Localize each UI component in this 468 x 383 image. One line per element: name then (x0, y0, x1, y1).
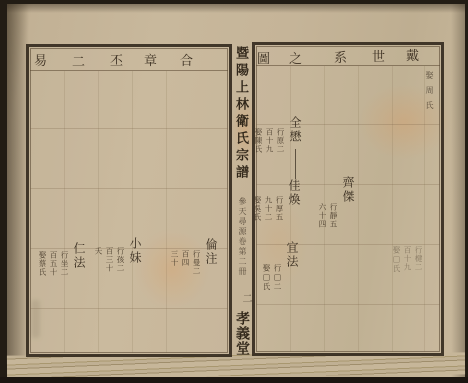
lineage-entry: 小妹 行孩二 百三十 夭 (94, 237, 142, 273)
entry-notes: 行孩二 百三十 夭 (94, 247, 125, 273)
entry-note: 百三十 (105, 247, 114, 273)
grid-col-line (98, 71, 99, 353)
lineage-entry: 仁法 行坐二 百五十 娶蔡氏 (38, 242, 86, 277)
entry-name: 仁法 (71, 242, 86, 270)
entry-name: 全懋 (287, 116, 302, 144)
entry-name: 小妹 (127, 237, 142, 265)
genealogy-scan: 易 二 丕 章 合 圖 之 系 世 戴 暨陽上林衛氏宗譜 參天尋源卷第二冊 二 … (0, 0, 468, 383)
left-header-char: 丕 (110, 50, 123, 69)
entry-note: 夭 (94, 247, 103, 273)
grid-col-line (64, 71, 65, 353)
lineage-entry-faint: 行楗二 百十九 娶□氏 (392, 246, 425, 273)
lineage-connector (295, 149, 296, 179)
entry-note: 行厚五 (275, 196, 284, 222)
entry-note: 六十四 (318, 203, 327, 229)
entry-notes: 行曼二 百四 三十 (170, 250, 201, 276)
entry-note: 娶□氏 (392, 246, 401, 273)
entry-note: 百十九 (403, 246, 412, 273)
entry-note: 行坐二 (60, 251, 69, 277)
right-header-rule (256, 65, 440, 66)
entry-note: 娶吳氏 (253, 196, 262, 222)
entry-notes: 行原二 百十九 娶陳氏 (254, 128, 285, 154)
entry-notes: 行厚五 九十二 娶吳氏 (253, 196, 284, 222)
entry-notes: 行靜五 六十四 (318, 203, 338, 229)
entry-name: 佳煥 (286, 179, 301, 207)
lineage-entry: 佳煥 行厚五 九十二 娶吳氏 (253, 179, 301, 222)
entry-note: 行孩二 (116, 247, 125, 273)
lineage-entry: 齊傑 行靜五 六十四 (318, 176, 355, 229)
entry-note: 行靜五 (329, 203, 338, 229)
entry-note: 娶蔡氏 (38, 251, 47, 277)
entry-note: 九十二 (264, 196, 273, 222)
right-header-char: 世 (372, 46, 385, 65)
spine-hall-mark: 孝義堂 (232, 311, 252, 356)
margin-note: 娶周氏 (424, 71, 435, 116)
entry-note: 行楗二 (414, 246, 423, 273)
grid-row-line (30, 188, 228, 189)
grid-row-line (30, 308, 228, 309)
grid-col-line (358, 66, 359, 352)
entry-name: 齊傑 (340, 176, 355, 204)
grid-col-line (166, 71, 167, 353)
left-header-char: 合 (180, 50, 193, 69)
spine-title: 暨陽上林衛氏宗譜 (233, 46, 248, 182)
entry-notes: 行坐二 百五十 娶蔡氏 (38, 251, 69, 277)
left-header-rule (30, 70, 228, 71)
entry-note: 行原二 (276, 128, 285, 154)
lineage-entry: 倫注 行曼二 百四 三十 (170, 238, 218, 276)
left-page-frame (26, 44, 232, 357)
entry-note: 百五十 (49, 251, 58, 277)
entry-note: 百四 (181, 250, 190, 276)
grid-row-line (30, 128, 228, 129)
book-edge-shadow-right (451, 4, 465, 379)
right-header-char: 戴 (406, 45, 419, 64)
entry-name: 宜法 (284, 241, 299, 269)
entry-notes: 行□二 娶□氏 (262, 264, 282, 291)
entry-notes: 行楗二 百十九 娶□氏 (392, 246, 423, 273)
right-header-char: 系 (334, 47, 347, 66)
lineage-entry: 全懋 行原二 百十九 娶陳氏 (254, 116, 302, 154)
entry-note: 三十 (170, 250, 179, 276)
backdrop-band (0, 377, 468, 383)
right-header-char: 圖 (257, 48, 270, 67)
grid-row-line (256, 304, 440, 305)
entry-name: 倫注 (203, 238, 218, 266)
book-edge-shadow-top (7, 4, 465, 13)
left-header-char: 易 (34, 50, 47, 69)
entry-note: 百十九 (265, 128, 274, 154)
left-header-char: 章 (144, 50, 157, 69)
spine-volume-text: 參天尋源卷第二冊 (237, 197, 248, 277)
entry-note: 行曼二 (192, 250, 201, 276)
entry-note: 娶陳氏 (254, 128, 263, 154)
grid-col-line (132, 71, 133, 353)
left-header-char: 二 (72, 51, 85, 70)
lineage-entry: 宜法 行□二 娶□氏 (262, 241, 299, 291)
right-header-char: 之 (289, 48, 302, 67)
grid-col-line (392, 66, 393, 352)
entry-note: 行□二 (273, 264, 282, 291)
spine-page-number: 二 (238, 293, 253, 303)
entry-note: 娶□氏 (262, 264, 271, 291)
